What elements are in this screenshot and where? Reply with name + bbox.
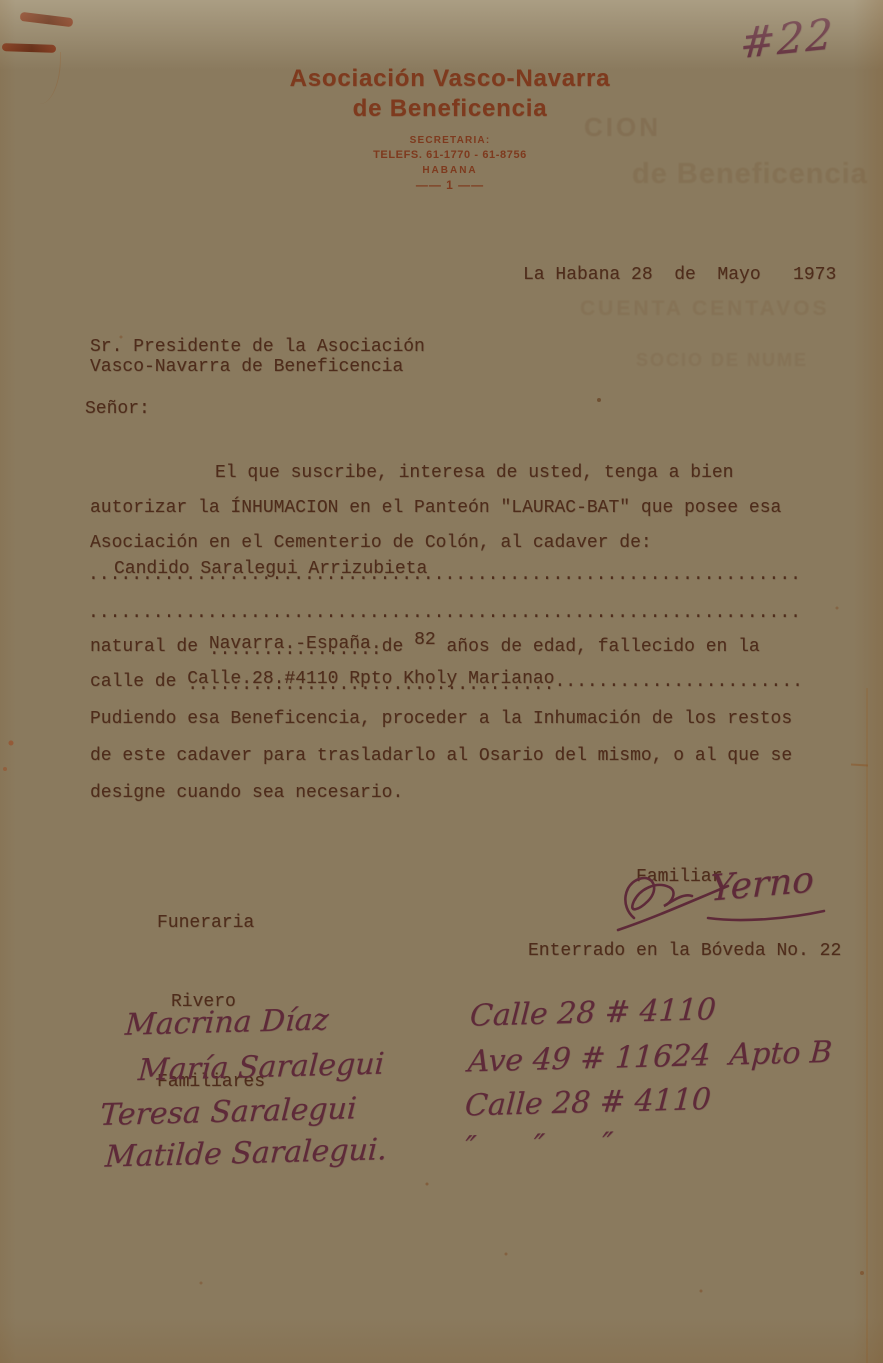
age-label: de bbox=[382, 636, 414, 658]
deceased-name: Candido Saralegui Arrizubieta bbox=[114, 558, 427, 580]
ghost-text: CUENTA CENTAVOS bbox=[580, 297, 830, 321]
recipient-line2: Vasco-Navarra de Beneficencia bbox=[90, 356, 804, 378]
deceased-name-line: ........................................… bbox=[88, 558, 804, 588]
body-line: autorizar la ÍNHUMACION en el Panteón "L… bbox=[90, 497, 804, 519]
body-line: Asociación en el Cementerio de Colón, al… bbox=[90, 532, 804, 554]
dotted-rule-line: ........................................… bbox=[88, 596, 804, 626]
address-value-segment: ........................................… bbox=[187, 671, 554, 693]
letterhead-phones: TELEFS. 61-1770 - 61-8756 bbox=[245, 149, 655, 161]
birthplace-label: natural de bbox=[90, 636, 209, 658]
handwritten-address: Calle 28 # 4110 bbox=[469, 992, 717, 1034]
org-name-line1: Asociación Vasco-Navarra bbox=[245, 64, 655, 94]
salutation: Señor: bbox=[85, 398, 799, 420]
letterhead-secretaria: SECRETARIA: bbox=[245, 135, 655, 146]
body-line: Pudiendo esa Beneficencia, proceder a la… bbox=[90, 708, 804, 730]
birthplace-value-segment: ........................................… bbox=[209, 636, 382, 658]
body-line: de este cadaver para trasladarlo al Osar… bbox=[90, 745, 804, 767]
signature-block: Yerno bbox=[612, 856, 842, 941]
org-name-line2: de Beneficencia bbox=[245, 94, 655, 124]
handwritten-ditto-marks: ″ ″ ″ bbox=[464, 1126, 614, 1165]
age-value: 82 bbox=[414, 629, 436, 651]
handwritten-name: María Saralegui bbox=[137, 1044, 469, 1088]
death-phrase: años de edad, fallecido en la bbox=[436, 636, 760, 658]
ghost-text: de Beneficencia bbox=[632, 158, 868, 191]
funeraria-label: Funeraria bbox=[157, 912, 265, 934]
paper-crease bbox=[26, 52, 61, 104]
address-label: calle de bbox=[90, 671, 187, 693]
address-value: Calle.28.#4110 Rpto Kholy Marianao bbox=[187, 669, 554, 689]
letterhead-city: HABANA bbox=[245, 165, 655, 176]
document-page: CION de Beneficencia CUENTA CENTAVOS SOC… bbox=[0, 0, 883, 1363]
birthplace-value: Navarra.-España. bbox=[209, 634, 382, 654]
address-line: calle de ...............................… bbox=[90, 671, 804, 693]
handwritten-name: Teresa Saralegui bbox=[99, 1088, 466, 1133]
dotted-rule: ........................................… bbox=[554, 671, 804, 693]
letterhead-page-marker: —— 1 —— bbox=[245, 178, 655, 192]
body-line: designe cuando sea necesario. bbox=[90, 782, 804, 804]
handwritten-vault-number: #22 bbox=[739, 9, 835, 68]
handwritten-address: Ave 49 # 11624 Apto B bbox=[467, 1035, 833, 1080]
handwritten-address: Calle 28 # 4110 bbox=[464, 1082, 712, 1124]
paper-specks bbox=[0, 0, 2, 2]
fastener-mark-top bbox=[20, 12, 74, 27]
birthplace-line: natural de .............................… bbox=[90, 636, 804, 658]
paper-fold-right bbox=[866, 688, 868, 1363]
paper-fold-tick bbox=[851, 764, 868, 767]
body-line: El que suscribe, interesa de usted, teng… bbox=[90, 462, 883, 484]
dotted-rule: ........................................… bbox=[88, 602, 804, 624]
vault-statement: Enterrado en la Bóveda No. 22 bbox=[528, 940, 841, 962]
date-line: La Habana 28 de Mayo 1973 bbox=[523, 264, 863, 286]
recipient-line1: Sr. Presidente de la Asociación bbox=[90, 336, 804, 358]
letterhead: Asociación Vasco-Navarra de Beneficencia… bbox=[245, 64, 655, 192]
